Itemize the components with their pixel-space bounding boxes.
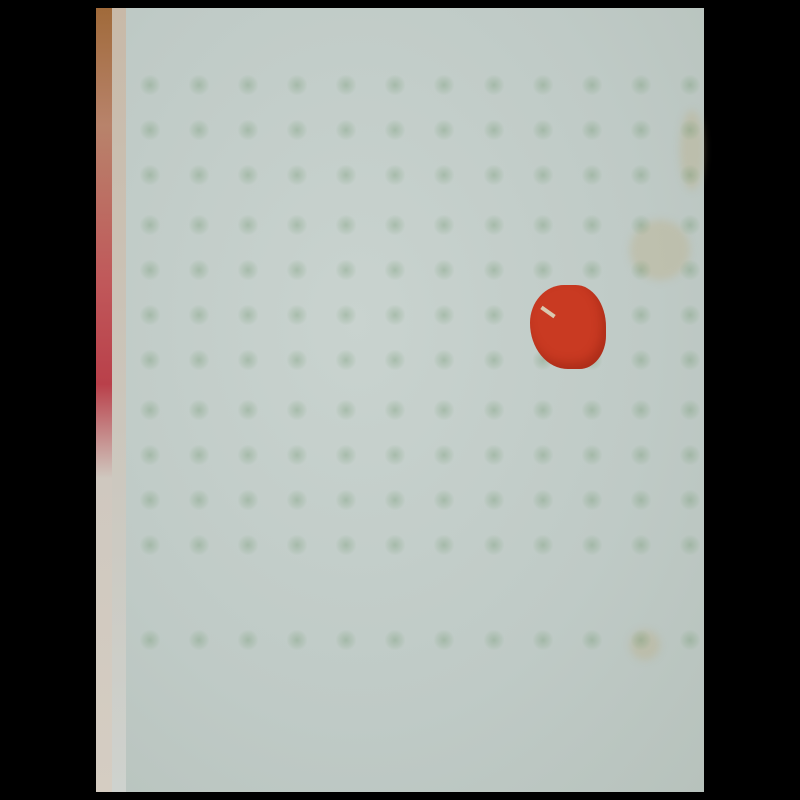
faded-character: [680, 165, 700, 185]
faded-character: [189, 400, 209, 420]
text-row: [140, 305, 700, 327]
faded-character: [189, 535, 209, 555]
faded-character: [680, 120, 700, 140]
faded-character: [631, 400, 651, 420]
faded-character: [189, 445, 209, 465]
faded-character: [484, 445, 504, 465]
faded-character: [533, 630, 553, 650]
faded-character: [680, 630, 700, 650]
faded-character: [189, 75, 209, 95]
faded-character: [336, 630, 356, 650]
faded-character: [385, 215, 405, 235]
faded-character: [631, 350, 651, 370]
faded-character: [140, 165, 160, 185]
faded-character: [484, 215, 504, 235]
faded-character: [238, 75, 258, 95]
faded-character: [287, 630, 307, 650]
faded-character: [238, 120, 258, 140]
faded-character: [140, 75, 160, 95]
faded-character: [336, 445, 356, 465]
faded-character: [434, 215, 454, 235]
faded-character: [680, 305, 700, 325]
faded-character: [189, 260, 209, 280]
faded-character: [582, 535, 602, 555]
faded-character: [336, 260, 356, 280]
faded-character: [631, 630, 651, 650]
faded-character: [385, 120, 405, 140]
faded-character: [189, 350, 209, 370]
faded-character: [238, 445, 258, 465]
faded-character: [434, 445, 454, 465]
red-seal: [530, 285, 606, 369]
faded-character: [140, 215, 160, 235]
faded-character: [336, 215, 356, 235]
faded-character: [336, 120, 356, 140]
faded-character: [680, 445, 700, 465]
faded-character: [287, 400, 307, 420]
text-row: [140, 400, 700, 422]
faded-character: [680, 215, 700, 235]
text-row: [140, 445, 700, 467]
faded-character: [484, 535, 504, 555]
faded-character: [631, 165, 651, 185]
faded-character: [582, 165, 602, 185]
faded-character: [582, 260, 602, 280]
text-row: [140, 165, 700, 187]
faded-character: [189, 165, 209, 185]
faded-character: [434, 350, 454, 370]
faded-character: [631, 75, 651, 95]
faded-character: [680, 490, 700, 510]
faded-character: [287, 215, 307, 235]
faded-character: [533, 535, 553, 555]
faded-character: [680, 350, 700, 370]
faded-character: [238, 305, 258, 325]
faded-character: [631, 445, 651, 465]
faded-character: [336, 305, 356, 325]
faded-character: [582, 630, 602, 650]
faded-character: [336, 165, 356, 185]
faded-character: [238, 350, 258, 370]
faded-character: [631, 215, 651, 235]
faded-character: [434, 305, 454, 325]
faded-character: [631, 490, 651, 510]
faded-character: [434, 165, 454, 185]
faded-character: [336, 350, 356, 370]
faded-character: [680, 535, 700, 555]
text-row: [140, 120, 700, 142]
faded-character: [287, 120, 307, 140]
faded-character: [582, 215, 602, 235]
faded-character: [533, 120, 553, 140]
faded-character: [287, 535, 307, 555]
faded-character: [287, 350, 307, 370]
faded-character: [140, 400, 160, 420]
faded-character: [140, 630, 160, 650]
faded-character: [238, 630, 258, 650]
faded-character: [582, 120, 602, 140]
faded-character: [140, 445, 160, 465]
faded-character: [287, 165, 307, 185]
faded-character: [533, 260, 553, 280]
faded-character: [680, 400, 700, 420]
text-row: [140, 215, 700, 237]
faded-character: [631, 120, 651, 140]
faded-character: [385, 630, 405, 650]
faded-character: [287, 490, 307, 510]
faded-character: [385, 165, 405, 185]
faded-character: [484, 120, 504, 140]
faded-character: [238, 535, 258, 555]
faded-character: [434, 490, 454, 510]
faded-character: [385, 350, 405, 370]
faded-character: [434, 120, 454, 140]
faded-character: [484, 630, 504, 650]
faded-character: [582, 490, 602, 510]
faded-character: [140, 535, 160, 555]
faded-character: [631, 535, 651, 555]
faded-character: [484, 350, 504, 370]
faded-character: [385, 305, 405, 325]
faded-character: [385, 445, 405, 465]
faded-character: [238, 400, 258, 420]
faded-character: [631, 305, 651, 325]
faded-character: [385, 490, 405, 510]
faded-character: [189, 490, 209, 510]
faded-character: [680, 260, 700, 280]
text-row: [140, 75, 700, 97]
text-row: [140, 490, 700, 512]
faded-character: [189, 630, 209, 650]
text-row: [140, 260, 700, 282]
faded-character: [385, 535, 405, 555]
faded-character: [484, 400, 504, 420]
faded-character: [533, 215, 553, 235]
faded-character: [336, 400, 356, 420]
faded-character: [533, 400, 553, 420]
faded-character: [238, 490, 258, 510]
faded-character: [434, 630, 454, 650]
faded-character: [189, 215, 209, 235]
faded-character: [238, 260, 258, 280]
faded-character: [287, 75, 307, 95]
faded-character: [434, 535, 454, 555]
faded-character: [484, 165, 504, 185]
faded-character: [533, 490, 553, 510]
faded-character: [189, 305, 209, 325]
text-row: [140, 535, 700, 557]
faded-character: [484, 260, 504, 280]
faded-character: [582, 445, 602, 465]
faded-character: [484, 490, 504, 510]
faded-character: [385, 75, 405, 95]
faded-character: [287, 305, 307, 325]
faded-character: [484, 75, 504, 95]
text-row: [140, 630, 700, 652]
text-row: [140, 350, 700, 372]
faded-character: [582, 75, 602, 95]
faded-character: [533, 165, 553, 185]
faded-character: [385, 400, 405, 420]
faded-character: [287, 260, 307, 280]
faded-character: [385, 260, 405, 280]
faded-character: [336, 535, 356, 555]
faded-character: [140, 120, 160, 140]
faded-character: [140, 260, 160, 280]
faded-character: [140, 305, 160, 325]
faded-character: [434, 260, 454, 280]
faded-character: [533, 445, 553, 465]
faded-character: [140, 490, 160, 510]
faded-character: [140, 350, 160, 370]
faded-character: [434, 400, 454, 420]
faded-character: [533, 75, 553, 95]
faded-character: [680, 75, 700, 95]
faded-character: [238, 165, 258, 185]
faded-character: [434, 75, 454, 95]
faded-character: [582, 400, 602, 420]
faded-character: [336, 490, 356, 510]
faded-character: [631, 260, 651, 280]
faded-character: [484, 305, 504, 325]
faded-character: [336, 75, 356, 95]
faded-character: [238, 215, 258, 235]
faded-character: [287, 445, 307, 465]
faded-character: [189, 120, 209, 140]
